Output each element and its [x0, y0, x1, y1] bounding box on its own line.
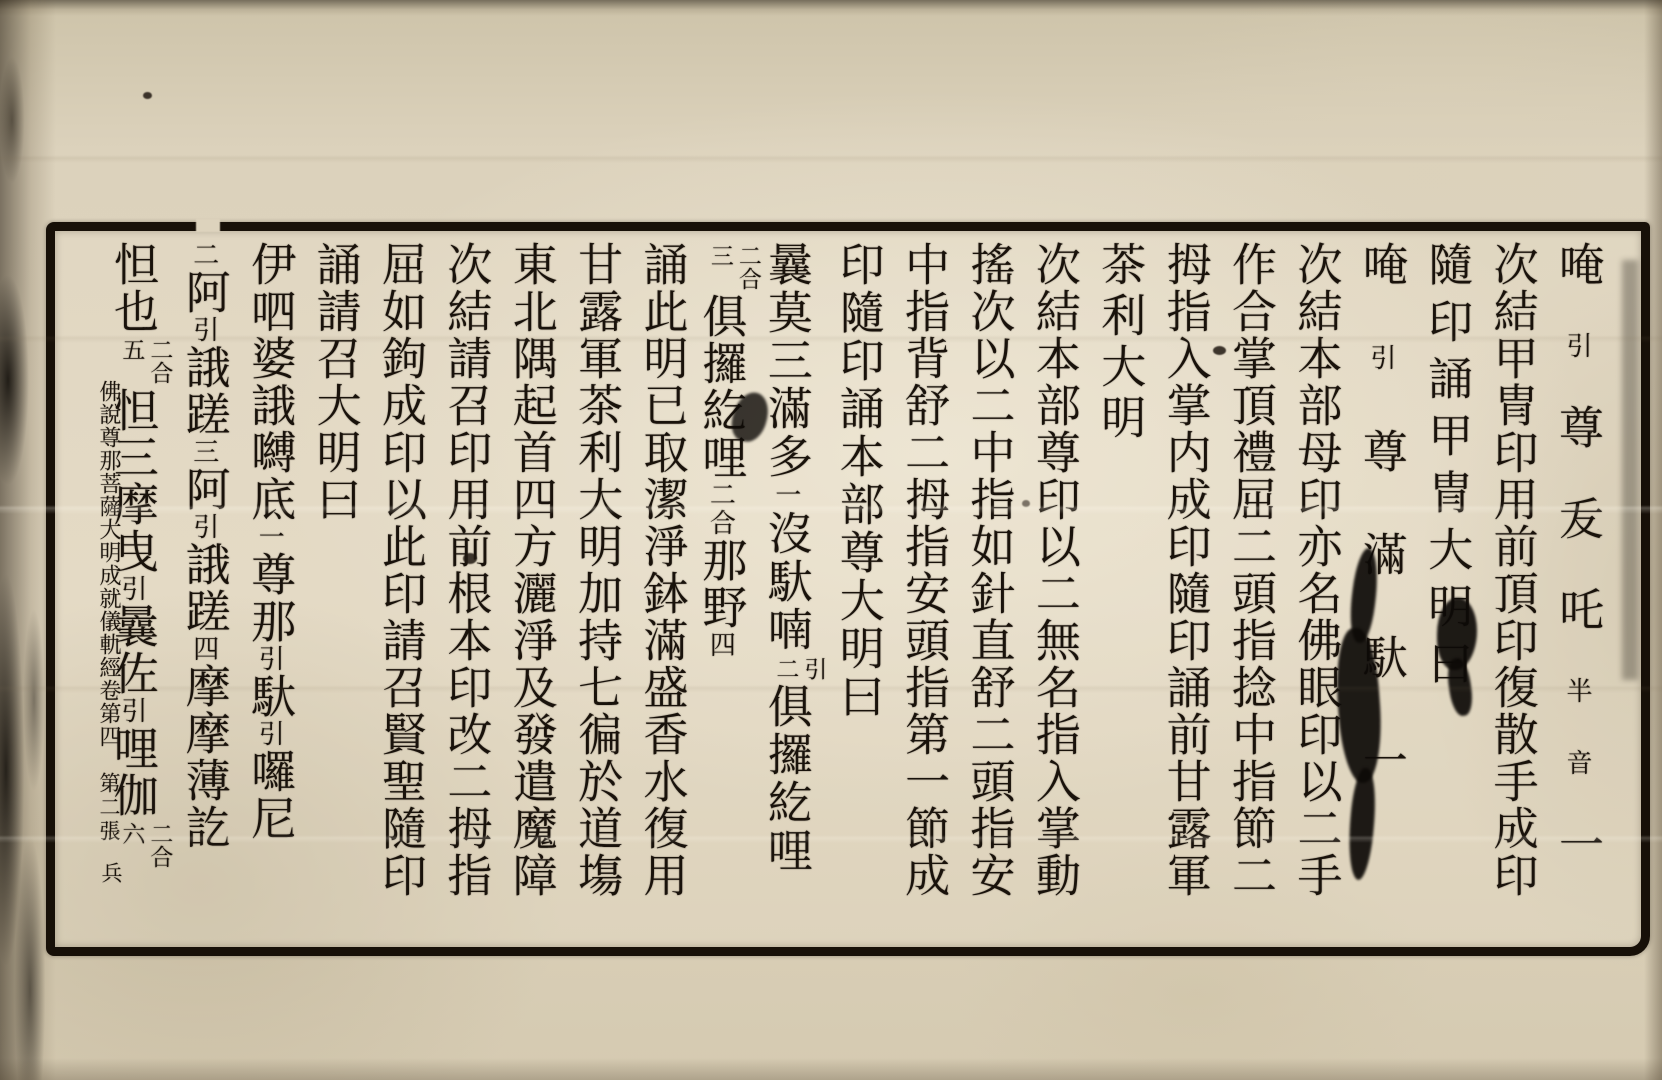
glyph-run: 拇指入掌内成印隨印誦前甘露軍 — [1159, 241, 1212, 899]
glyph-run: 尊叐吒 — [1551, 404, 1604, 677]
glyph-run: 尊那 — [243, 551, 296, 645]
glyph-run: 俱攞紇哩 — [694, 293, 747, 481]
glyph-run: 誦此明已取潔淨鉢滿盛香水復用 — [636, 241, 689, 899]
text-column: 二合三俱攞紇哩二合那野四 — [695, 241, 760, 917]
paper-top-shadow — [0, 0, 1662, 16]
collation-mark: 兵 — [94, 862, 128, 883]
small-annotation: 二 — [189, 241, 219, 269]
small-annotation: 引 — [1562, 332, 1592, 404]
glyph-run: 甘露軍茶利大明加持七徧於道塲 — [570, 241, 623, 899]
text-column: 隨印誦甲冑大明曰 — [1414, 241, 1479, 917]
text-column: 曩莫三滿多一沒馱喃引二俱攞紇哩 — [760, 241, 825, 917]
glyph-run: 一 — [1551, 821, 1604, 912]
colophon-title: 佛說尊那菩薩大明成就儀軌經卷第四 — [88, 380, 128, 755]
sheet-marker: 第二張 — [92, 772, 126, 844]
dual-small-annotation: 二合三 — [704, 244, 760, 290]
glyph-run: 唵 — [1355, 241, 1408, 344]
glyph-run: 唵 — [1551, 241, 1604, 332]
small-annotation: 一 — [254, 523, 284, 551]
dual-small-annotation: 二合五 — [115, 338, 171, 384]
glyph-run: 阿 — [178, 269, 231, 316]
text-column: 次結本部母印亦名佛眼印以二手 — [1283, 241, 1348, 917]
text-column: 屈如鉤成印以此印請召賢聖隨印 — [368, 241, 433, 917]
text-column: 甘露軍茶利大明加持七徧於道塲 — [564, 241, 629, 917]
glyph-run: 次結甲冑印用前頂印復散手成印 — [1486, 241, 1539, 899]
glyph-run: 作合掌頂禮屈二頭指捻中指節二 — [1224, 241, 1277, 899]
text-column: 唵引尊叐吒半音一 — [1545, 241, 1610, 917]
glyph-run: 東北隅起首四方灑淨及發遣魔障 — [505, 241, 558, 899]
ink-speck — [463, 553, 477, 564]
glyph-run: 次結請召印用前根本印改二拇指 — [439, 241, 492, 899]
text-column: 次結本部尊印以二無名指入掌動 — [1021, 241, 1086, 917]
text-column: 茶利大明 — [1087, 241, 1152, 917]
glyph-run: 怛也 — [106, 241, 159, 335]
glyph-run: 茶利大明 — [1093, 241, 1146, 445]
text-column: 中指背舒二拇指安頭指第一節成 — [891, 241, 956, 917]
text-column: 次結請召印用前根本印改二拇指 — [433, 241, 498, 917]
small-annotation: 四 — [189, 635, 219, 663]
glyph-run: 屈如鉤成印以此印請召賢聖隨印 — [374, 241, 427, 899]
text-column: 二阿引誐蹉三阿引誐蹉四摩摩薄訖 — [171, 241, 236, 917]
paper-bottom-shadow — [0, 1058, 1662, 1080]
text-column: 伊呬婆誐嚩底一尊那引馱引囉尼 — [237, 241, 302, 917]
text-column: 拇指入掌内成印隨印誦前甘露軍 — [1152, 241, 1217, 917]
text-column: 作合掌頂禮屈二頭指捻中指節二 — [1218, 241, 1283, 917]
sutra-page: 唵引尊叐吒半音一次結甲冑印用前頂印復散手成印隨印誦甲冑大明曰唵引尊滿馱一次結本部… — [0, 0, 1662, 1080]
glyph-run: 阿 — [178, 466, 231, 513]
small-annotation: 半音 — [1562, 677, 1592, 821]
small-annotation: 引 — [254, 645, 284, 673]
sutra-text-block: 唵引尊叐吒半音一次結甲冑印用前頂印復散手成印隨印誦甲冑大明曰唵引尊滿馱一次結本部… — [70, 241, 1610, 917]
glyph-run: 摩摩薄訖 — [178, 663, 231, 851]
glyph-run: 沒馱喃 — [760, 510, 813, 654]
glyph-run: 誐蹉 — [178, 344, 231, 438]
text-column: 誦此明已取潔淨鉢滿盛香水復用 — [629, 241, 694, 917]
glyph-run: 誐蹉 — [178, 541, 231, 635]
small-annotation: 引 — [189, 316, 219, 344]
glyph-run: 次結本部尊印以二無名指入掌動 — [1028, 241, 1081, 899]
small-annotation: 四 — [705, 631, 735, 659]
glyph-run: 伊呬婆誐嚩底 — [243, 241, 296, 523]
glyph-run: 囉尼 — [243, 748, 296, 842]
text-column: 印隨印誦本部尊大明曰 — [825, 241, 890, 917]
glyph-run: 曩莫三滿多 — [760, 241, 813, 481]
glyph-run: 那野 — [694, 537, 747, 631]
glyph-run: 印隨印誦本部尊大明曰 — [832, 241, 885, 721]
glyph-run: 次結本部母印亦名佛眼印以二手 — [1289, 241, 1342, 899]
frame-print-gap — [196, 219, 220, 232]
glyph-run: 誦請召大明曰 — [309, 241, 362, 523]
small-annotation: 引 — [1366, 344, 1396, 428]
glyph-run: 中指背舒二拇指安頭指第一節成 — [897, 241, 950, 899]
ink-speck — [1022, 500, 1030, 507]
text-column: 搖次以二中指如針直舒二頭指安 — [956, 241, 1021, 917]
ink-speck — [1213, 346, 1226, 355]
small-annotation: 二合 — [705, 481, 735, 537]
text-column: 次結甲冑印用前頂印復散手成印 — [1479, 241, 1544, 917]
text-column: 東北隅起首四方灑淨及發遣魔障 — [498, 241, 563, 917]
small-annotation: 三 — [189, 438, 219, 466]
glyph-run: 搖次以二中指如針直舒二頭指安 — [962, 241, 1015, 899]
ink-speck — [143, 92, 152, 99]
small-annotation: 一 — [771, 481, 801, 510]
text-column: 誦請召大明曰 — [302, 241, 367, 917]
glyph-run: 馱 — [243, 673, 296, 720]
small-annotation: 引 — [189, 513, 219, 541]
small-annotation: 引 — [254, 720, 284, 748]
dual-small-annotation: 引二 — [769, 657, 825, 680]
glyph-run: 俱攞紇哩 — [760, 683, 813, 875]
